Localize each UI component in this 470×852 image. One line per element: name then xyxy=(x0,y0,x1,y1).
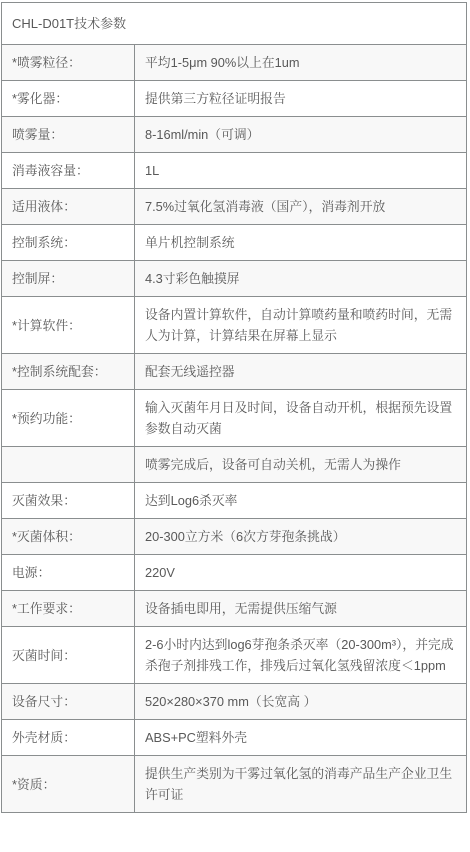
spec-value: 输入灭菌年月日及时间，设备自动开机，根据预先设置参数自动灭菌 xyxy=(135,390,467,447)
spec-label: 消毒液容量： xyxy=(2,153,135,189)
table-row: 外壳材质： ABS+PC塑料外壳 xyxy=(2,720,467,756)
spec-value: ABS+PC塑料外壳 xyxy=(135,720,467,756)
spec-value: 4.3寸彩色触摸屏 xyxy=(135,261,467,297)
spec-value: 7.5%过氧化氢消毒液（国产），消毒剂开放 xyxy=(135,189,467,225)
spec-value: 设备插电即用，无需提供压缩气源 xyxy=(135,591,467,627)
spec-value: 提供生产类别为干雾过氧化氢的消毒产品生产企业卫生许可证 xyxy=(135,756,467,813)
table-row: 适用液体： 7.5%过氧化氢消毒液（国产），消毒剂开放 xyxy=(2,189,467,225)
spec-value: 单片机控制系统 xyxy=(135,225,467,261)
spec-table: CHL-D01T技术参数 *喷雾粒径： 平均1-5μm 90%以上在1um *雾… xyxy=(1,2,467,813)
table-row: 喷雾量： 8-16ml/min（可调） xyxy=(2,117,467,153)
spec-label: *计算软件： xyxy=(2,297,135,354)
table-row: 消毒液容量： 1L xyxy=(2,153,467,189)
spec-label: 电源： xyxy=(2,555,135,591)
table-row: 设备尺寸： 520×280×370 mm（长宽高 ） xyxy=(2,684,467,720)
spec-label: 外壳材质： xyxy=(2,720,135,756)
table-row: *控制系统配套： 配套无线遥控器 xyxy=(2,354,467,390)
spec-label: *灭菌体积： xyxy=(2,519,135,555)
spec-label: 喷雾量： xyxy=(2,117,135,153)
spec-label: 灭菌时间： xyxy=(2,627,135,684)
table-header-row: CHL-D01T技术参数 xyxy=(2,3,467,45)
spec-label: *雾化器： xyxy=(2,81,135,117)
table-row: *计算软件： 设备内置计算软件，自动计算喷药量和喷药时间，无需人为计算，计算结果… xyxy=(2,297,467,354)
table-row: *灭菌体积： 20-300立方米（6次方芽孢条挑战） xyxy=(2,519,467,555)
spec-label: 控制系统： xyxy=(2,225,135,261)
spec-label xyxy=(2,447,135,483)
spec-label: *资质： xyxy=(2,756,135,813)
table-row: *工作要求： 设备插电即用，无需提供压缩气源 xyxy=(2,591,467,627)
table-row: 电源： 220V xyxy=(2,555,467,591)
table-row: *喷雾粒径： 平均1-5μm 90%以上在1um xyxy=(2,45,467,81)
spec-label: *预约功能： xyxy=(2,390,135,447)
spec-value: 20-300立方米（6次方芽孢条挑战） xyxy=(135,519,467,555)
spec-label: *喷雾粒径： xyxy=(2,45,135,81)
table-row: *资质： 提供生产类别为干雾过氧化氢的消毒产品生产企业卫生许可证 xyxy=(2,756,467,813)
table-row: 控制屏： 4.3寸彩色触摸屏 xyxy=(2,261,467,297)
table-row: 灭菌时间： 2-6小时内达到log6芽孢条杀灭率（20-300m³），并完成杀孢… xyxy=(2,627,467,684)
table-row: *预约功能： 输入灭菌年月日及时间，设备自动开机，根据预先设置参数自动灭菌 xyxy=(2,390,467,447)
spec-value: 220V xyxy=(135,555,467,591)
spec-value: 提供第三方粒径证明报告 xyxy=(135,81,467,117)
spec-value: 配套无线遥控器 xyxy=(135,354,467,390)
spec-value: 设备内置计算软件，自动计算喷药量和喷药时间，无需人为计算，计算结果在屏幕上显示 xyxy=(135,297,467,354)
table-row: 灭菌效果： 达到Log6杀灭率 xyxy=(2,483,467,519)
table-title: CHL-D01T技术参数 xyxy=(2,3,467,45)
table-row: 控制系统： 单片机控制系统 xyxy=(2,225,467,261)
spec-label: 灭菌效果： xyxy=(2,483,135,519)
spec-value: 平均1-5μm 90%以上在1um xyxy=(135,45,467,81)
page: { "theme": { "text_color": "#595959", "b… xyxy=(0,2,470,852)
spec-value: 2-6小时内达到log6芽孢条杀灭率（20-300m³），并完成杀孢子剂排残工作… xyxy=(135,627,467,684)
spec-value: 1L xyxy=(135,153,467,189)
spec-value: 喷雾完成后，设备可自动关机，无需人为操作 xyxy=(135,447,467,483)
spec-label: *工作要求： xyxy=(2,591,135,627)
spec-value: 达到Log6杀灭率 xyxy=(135,483,467,519)
table-row: 喷雾完成后，设备可自动关机，无需人为操作 xyxy=(2,447,467,483)
spec-label: 设备尺寸： xyxy=(2,684,135,720)
table-row: *雾化器： 提供第三方粒径证明报告 xyxy=(2,81,467,117)
spec-value: 520×280×370 mm（长宽高 ） xyxy=(135,684,467,720)
spec-label: 适用液体： xyxy=(2,189,135,225)
spec-label: 控制屏： xyxy=(2,261,135,297)
spec-label: *控制系统配套： xyxy=(2,354,135,390)
spec-value: 8-16ml/min（可调） xyxy=(135,117,467,153)
